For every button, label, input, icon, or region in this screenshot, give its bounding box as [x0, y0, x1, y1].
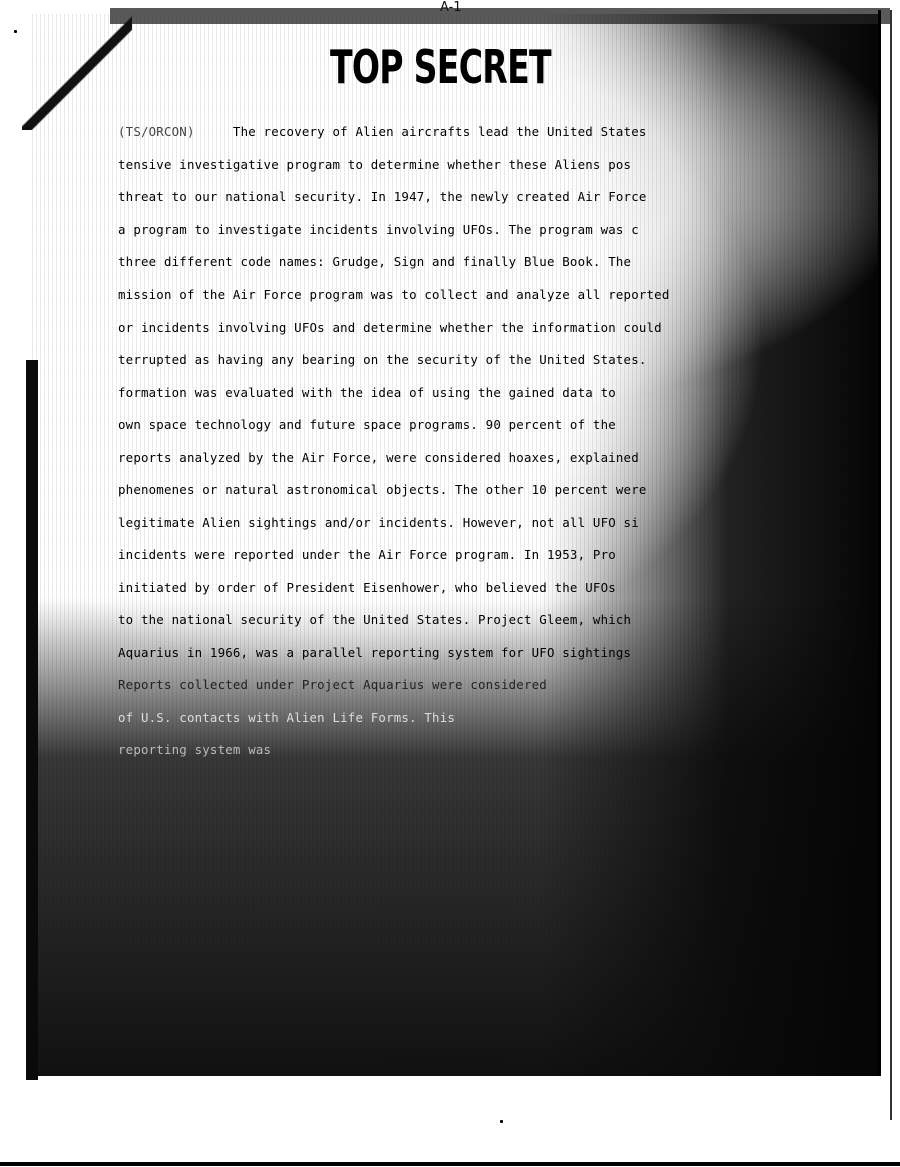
body-line-13: legitimate Alien sightings and/or incide… — [118, 515, 639, 530]
body-line-19: of U.S. contacts with Alien Life Forms. … — [118, 710, 455, 725]
body-line-20: reporting system was — [118, 742, 271, 757]
body-line-5: three different code names: Grudge, Sign… — [118, 254, 631, 269]
top-scan-border — [110, 8, 890, 24]
left-scan-border — [26, 360, 38, 1080]
body-line-9: formation was evaluated with the idea of… — [118, 385, 616, 400]
body-line-6: mission of the Air Force program was to … — [118, 287, 670, 302]
scanned-document-page: A-1 TOP SECRET (TS/ORCON) The recovery o… — [0, 0, 900, 1167]
body-line-17: Aquarius in 1966, was a parallel reporti… — [118, 645, 631, 660]
body-line-14: incidents were reported under the Air Fo… — [118, 547, 616, 562]
body-line-2: tensive investigative program to determi… — [118, 157, 631, 172]
body-line-16: to the national security of the United S… — [118, 612, 631, 627]
body-line-15: initiated by order of President Eisenhow… — [118, 580, 616, 595]
body-line-7: or incidents involving UFOs and determin… — [118, 320, 662, 335]
body-line-4: a program to investigate incidents invol… — [118, 222, 639, 237]
right-page-edge — [890, 10, 892, 1120]
classification-stamp: TOP SECRET — [330, 40, 551, 94]
body-line-1: (TS/ORCON) The recovery of Alien aircraf… — [118, 124, 647, 139]
body-line-11: reports analyzed by the Air Force, were … — [118, 450, 639, 465]
paragraph-classification-marking: (TS/ORCON) — [118, 124, 195, 139]
scan-speck — [500, 1120, 503, 1123]
right-scan-border — [878, 10, 881, 1076]
folded-corner-mark — [22, 15, 132, 130]
body-line-8: terrupted as having any bearing on the s… — [118, 352, 647, 367]
handwritten-page-mark: A-1 — [440, 0, 462, 15]
scan-speck — [14, 30, 17, 33]
body-line-3: threat to our national security. In 1947… — [118, 189, 647, 204]
body-line-12: phenomenes or natural astronomical objec… — [118, 482, 647, 497]
body-line-text: The recovery of Alien aircrafts lead the… — [233, 124, 647, 139]
body-line-18: Reports collected under Project Aquarius… — [118, 677, 547, 692]
bottom-page-edge — [0, 1162, 900, 1166]
scan-noise-texture — [32, 14, 880, 1076]
body-line-10: own space technology and future space pr… — [118, 417, 616, 432]
